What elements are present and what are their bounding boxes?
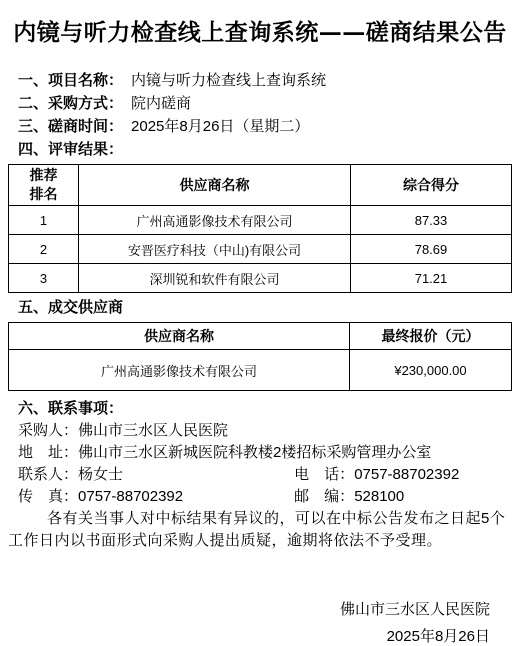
buyer-value: 佛山市三水区人民医院: [78, 422, 228, 439]
purchase-method-value: 院内磋商: [131, 95, 191, 112]
address-value: 佛山市三水区新城医院科教楼2楼招标采购管理办公室: [78, 444, 431, 461]
score-column-header: 综合得分: [351, 165, 512, 206]
table-row: 广州高通影像技术有限公司 ¥230,000.00: [9, 350, 512, 391]
score-cell: 78.69: [351, 235, 512, 264]
price-column-header: 最终报价（元）: [350, 323, 512, 350]
negotiation-time-line: 三、磋商时间：2025年8月26日（星期二）: [8, 115, 512, 138]
phone-value: 0757-88702392: [354, 466, 459, 483]
award-supplier-heading: 五、成交供应商: [8, 296, 512, 319]
negotiation-time-value: 2025年8月26日（星期二）: [131, 118, 309, 135]
table-row: 3 深圳锐和软件有限公司 71.21: [9, 264, 512, 293]
score-cell: 87.33: [351, 206, 512, 235]
table-row: 1 广州高通影像技术有限公司 87.33: [9, 206, 512, 235]
contact-person-value: 杨女士: [78, 466, 123, 483]
review-header-row: 推荐排名 供应商名称 综合得分: [9, 165, 512, 206]
table-row: 2 安晋医疗科技（中山)有限公司 78.69: [9, 235, 512, 264]
purchase-method-label: 二、采购方式：: [18, 95, 123, 112]
price-cell: ¥230,000.00: [350, 350, 512, 391]
award-header-row: 供应商名称 最终报价（元）: [9, 323, 512, 350]
supplier-column-header: 供应商名称: [9, 323, 350, 350]
supplier-cell: 安晋医疗科技（中山)有限公司: [79, 235, 351, 264]
contact-heading: 六、联系事项：: [8, 397, 512, 420]
project-name-value: 内镜与听力检查线上查询系统: [131, 72, 326, 89]
supplier-cell: 广州高通影像技术有限公司: [9, 350, 350, 391]
rank-cell: 1: [9, 206, 79, 235]
contact-person-line: 联系人：杨女士 电 话：0757-88702392: [8, 464, 512, 486]
supplier-column-header: 供应商名称: [79, 165, 351, 206]
negotiation-time-label: 三、磋商时间：: [18, 118, 123, 135]
address-label: 地 址：: [18, 444, 78, 461]
rank-cell: 3: [9, 264, 79, 293]
disclaimer-paragraph: 各有关当事人对中标结果有异议的，可以在中标公告发布之日起5个工作日内以书面形式向…: [8, 508, 512, 552]
buyer-label: 采购人：: [18, 422, 78, 439]
supplier-cell: 广州高通影像技术有限公司: [79, 206, 351, 235]
phone-label: 电 话：: [294, 466, 354, 483]
review-results-table: 推荐排名 供应商名称 综合得分 1 广州高通影像技术有限公司 87.33 2 安…: [8, 164, 512, 293]
review-results-heading: 四、评审结果：: [8, 138, 512, 161]
signature-date: 2025年8月26日: [8, 623, 490, 646]
supplier-cell: 深圳锐和软件有限公司: [79, 264, 351, 293]
signature-org: 佛山市三水区人民医院: [8, 596, 490, 623]
score-cell: 71.21: [351, 264, 512, 293]
fax-label: 传 真：: [18, 488, 78, 505]
project-name-line: 一、项目名称：内镜与听力检查线上查询系统: [8, 69, 512, 92]
announcement-document: 内镜与听力检查线上查询系统——磋商结果公告 一、项目名称：内镜与听力检查线上查询…: [0, 0, 521, 646]
zip-value: 528100: [354, 488, 404, 505]
page-title: 内镜与听力检查线上查询系统——磋商结果公告: [8, 14, 512, 47]
rank-column-header: 推荐排名: [9, 165, 79, 206]
address-line: 地 址：佛山市三水区新城医院科教楼2楼招标采购管理办公室: [8, 442, 512, 464]
award-table: 供应商名称 最终报价（元） 广州高通影像技术有限公司 ¥230,000.00: [8, 322, 512, 391]
buyer-line: 采购人：佛山市三水区人民医院: [8, 420, 512, 442]
contact-person-label: 联系人：: [18, 466, 78, 483]
signature-block: 佛山市三水区人民医院 2025年8月26日: [8, 596, 512, 646]
fax-line: 传 真：0757-88702392 邮 编：528100: [8, 486, 512, 508]
fax-value: 0757-88702392: [78, 488, 183, 505]
project-name-label: 一、项目名称：: [18, 72, 123, 89]
rank-cell: 2: [9, 235, 79, 264]
zip-label: 邮 编：: [294, 488, 354, 505]
purchase-method-line: 二、采购方式：院内磋商: [8, 92, 512, 115]
